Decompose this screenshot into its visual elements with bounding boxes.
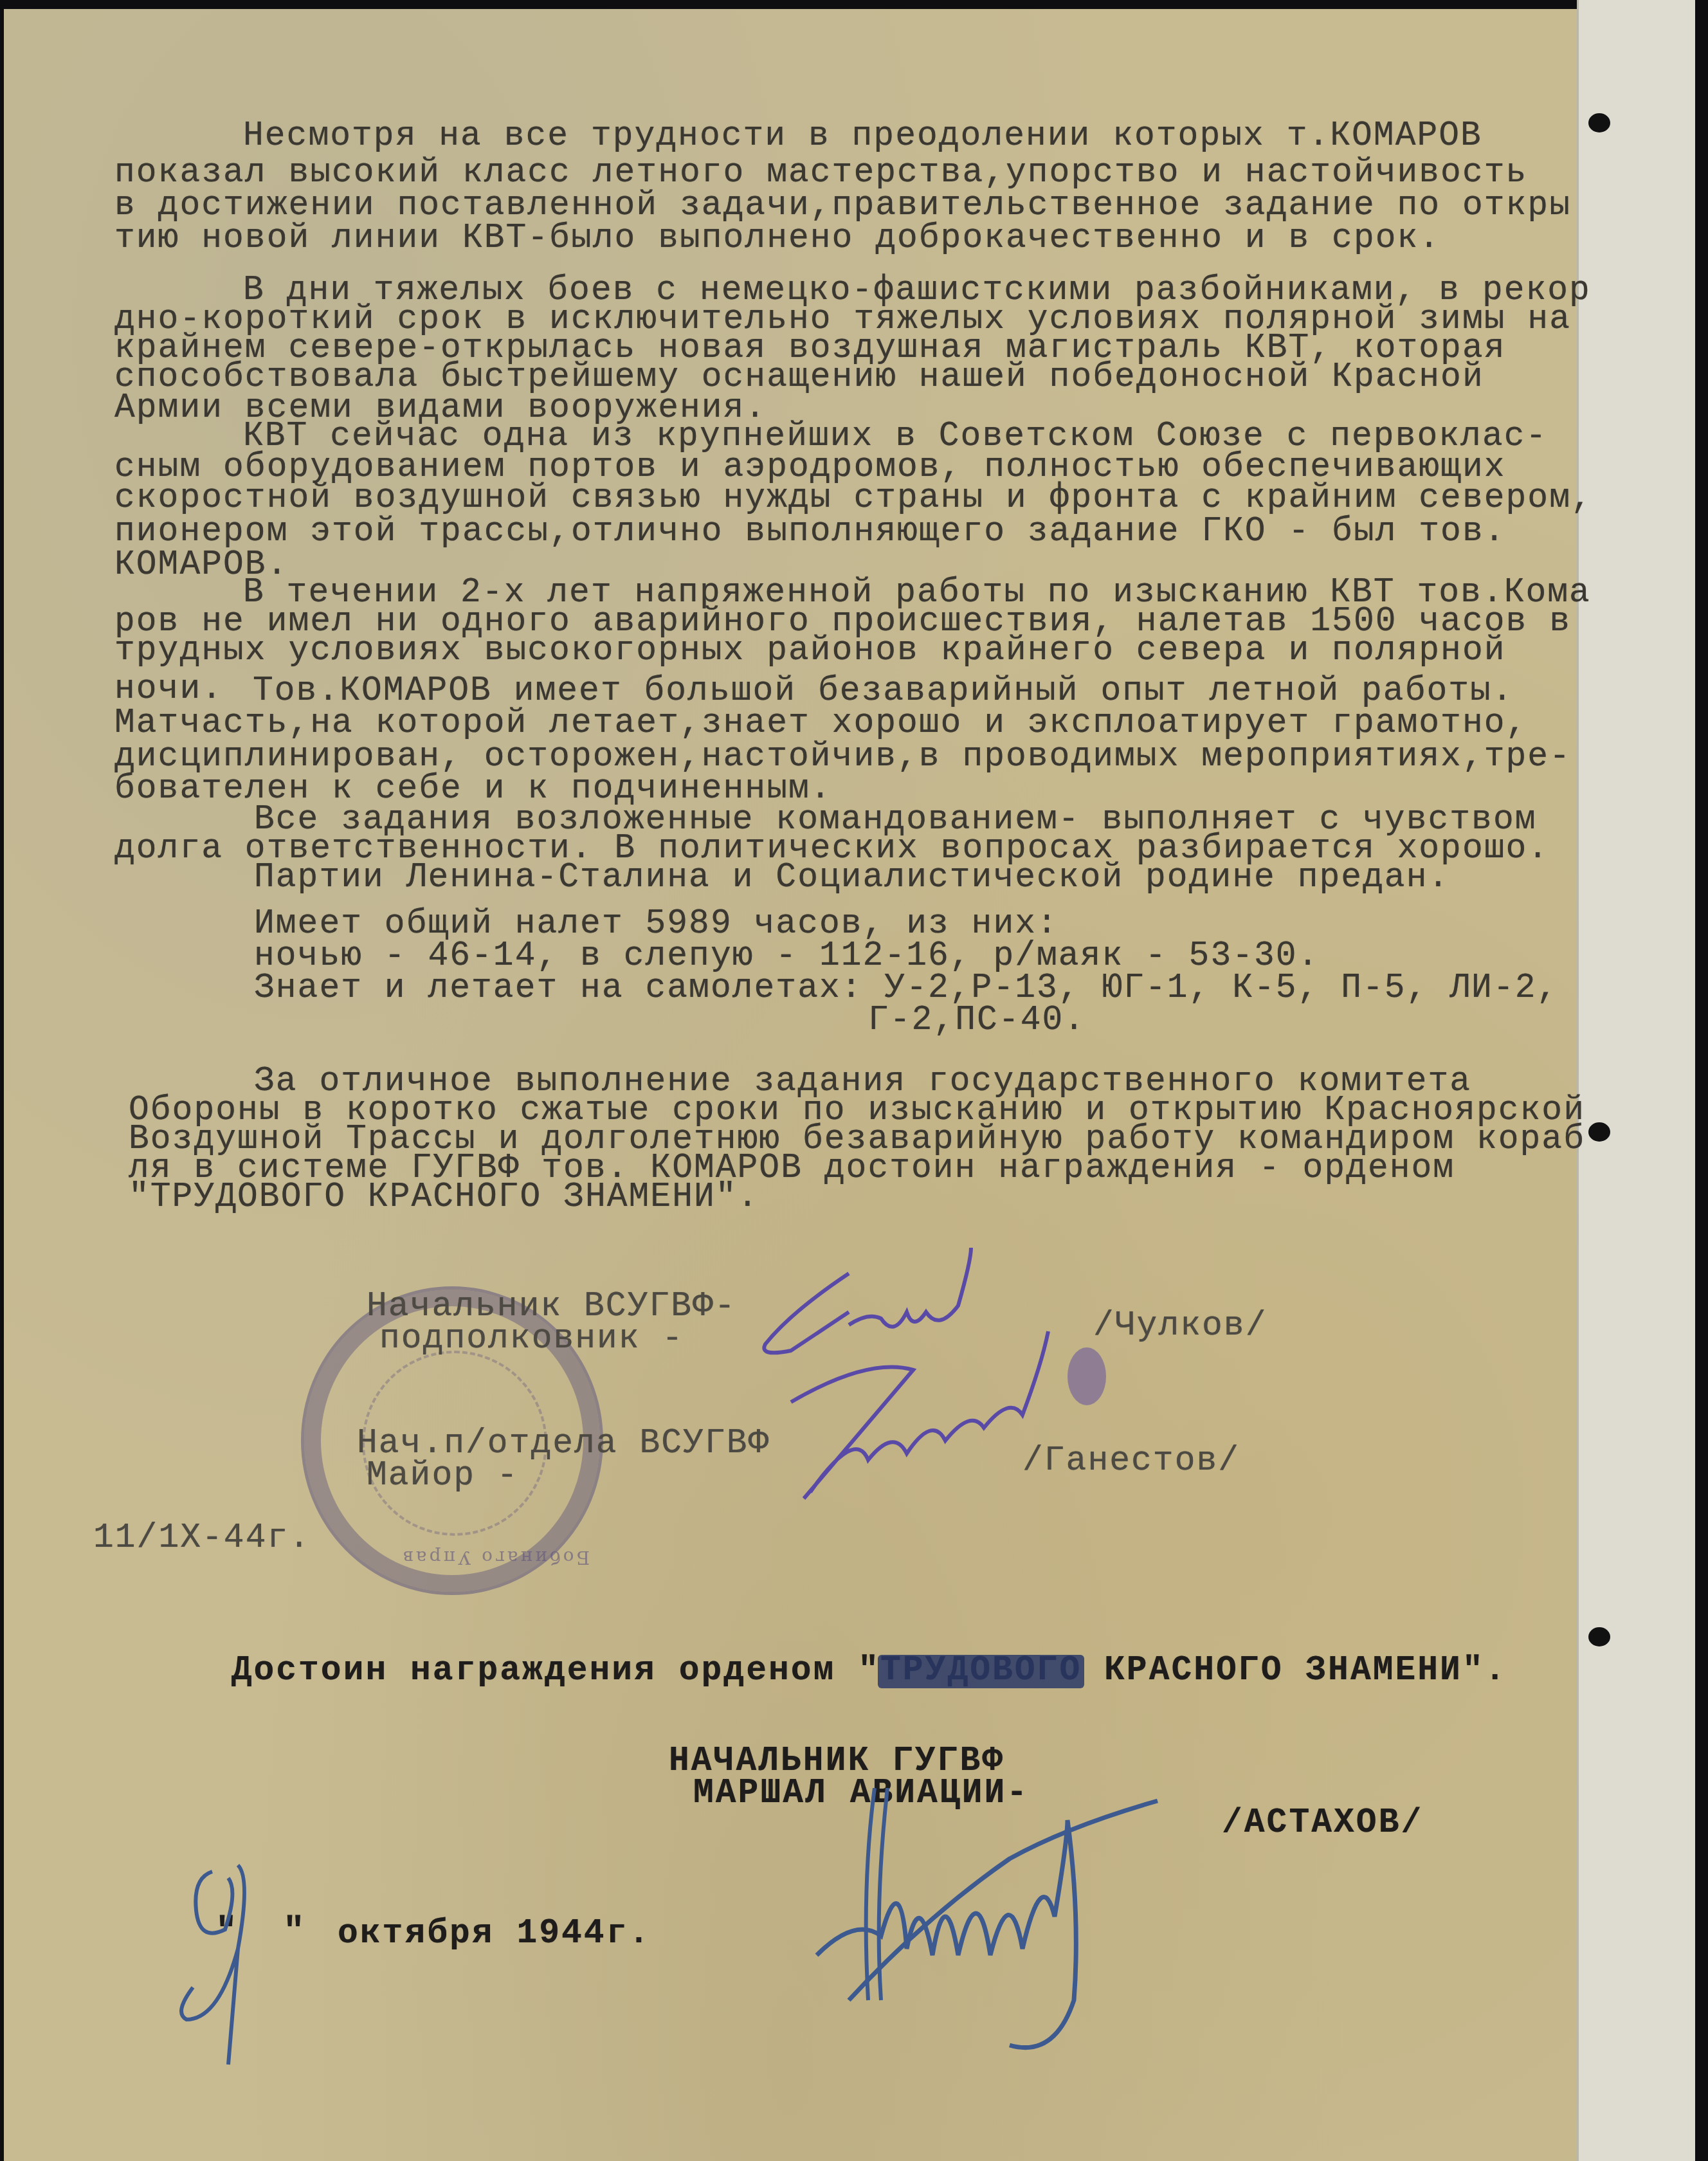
handwritten-day-icon [167,1852,309,2084]
signature-astakhov-icon [797,1788,1286,2097]
paragraph-6-line: Партии Ленина-Сталина и Социалистической… [254,861,1449,895]
conclusion-line: "ТРУДОВОГО КРАСНОГО ЗНАМЕНИ". [129,1180,759,1214]
struck-word-text: ТРУДОВОГО [880,1651,1082,1690]
paragraph-1-line: показал высокий класс летного мастерства… [114,156,1527,190]
paragraph-4-line: ночи. [114,672,223,706]
signature-chulkov-icon [740,1235,1254,1505]
paragraph-4-line: трудных условиях высокогорных районов кр… [114,634,1506,668]
punch-hole [1588,1627,1610,1646]
final-date: октября 1944г. [338,1917,651,1951]
stamp-text: Бобинаго Управ [401,1547,590,1568]
paragraph-1-line: в достижении поставленной задачи,правите… [114,188,1571,223]
signatory-2-rank: Майор - [367,1459,519,1493]
resolution-suffix: КРАСНОГО ЗНАМЕНИ". [1082,1651,1507,1690]
paragraph-1-line: тию новой линии КВТ-было выполнено добро… [114,221,1440,255]
resolution-prefix: Достоин награждения орденом " [232,1651,880,1690]
resolution-line: Достоин награждения орденом "ТРУДОВОГО К… [186,1619,1507,1688]
paragraph-1-line: Несмотря на все трудности в преодолении … [243,119,1482,153]
paragraph-3-line: скоростной воздушной связью нужды страны… [114,481,1593,515]
scan-edge [1695,0,1708,2161]
paragraph-5-line: Матчасть,на которой летает,знает хорошо … [114,706,1527,740]
aircraft-types-line: Г-2,ПС-40. [868,1003,1086,1037]
binding-strip [1577,0,1697,2161]
paragraph-3-line: пионером этой трассы,отлично выполняющег… [114,515,1506,549]
first-date: 11/1X-44г. [93,1521,311,1555]
punch-hole [1588,113,1610,132]
signatory-1-rank: подполковник - [379,1322,684,1356]
punch-hole [1588,1122,1610,1142]
struck-word: ТРУДОВОГО [880,1651,1082,1690]
